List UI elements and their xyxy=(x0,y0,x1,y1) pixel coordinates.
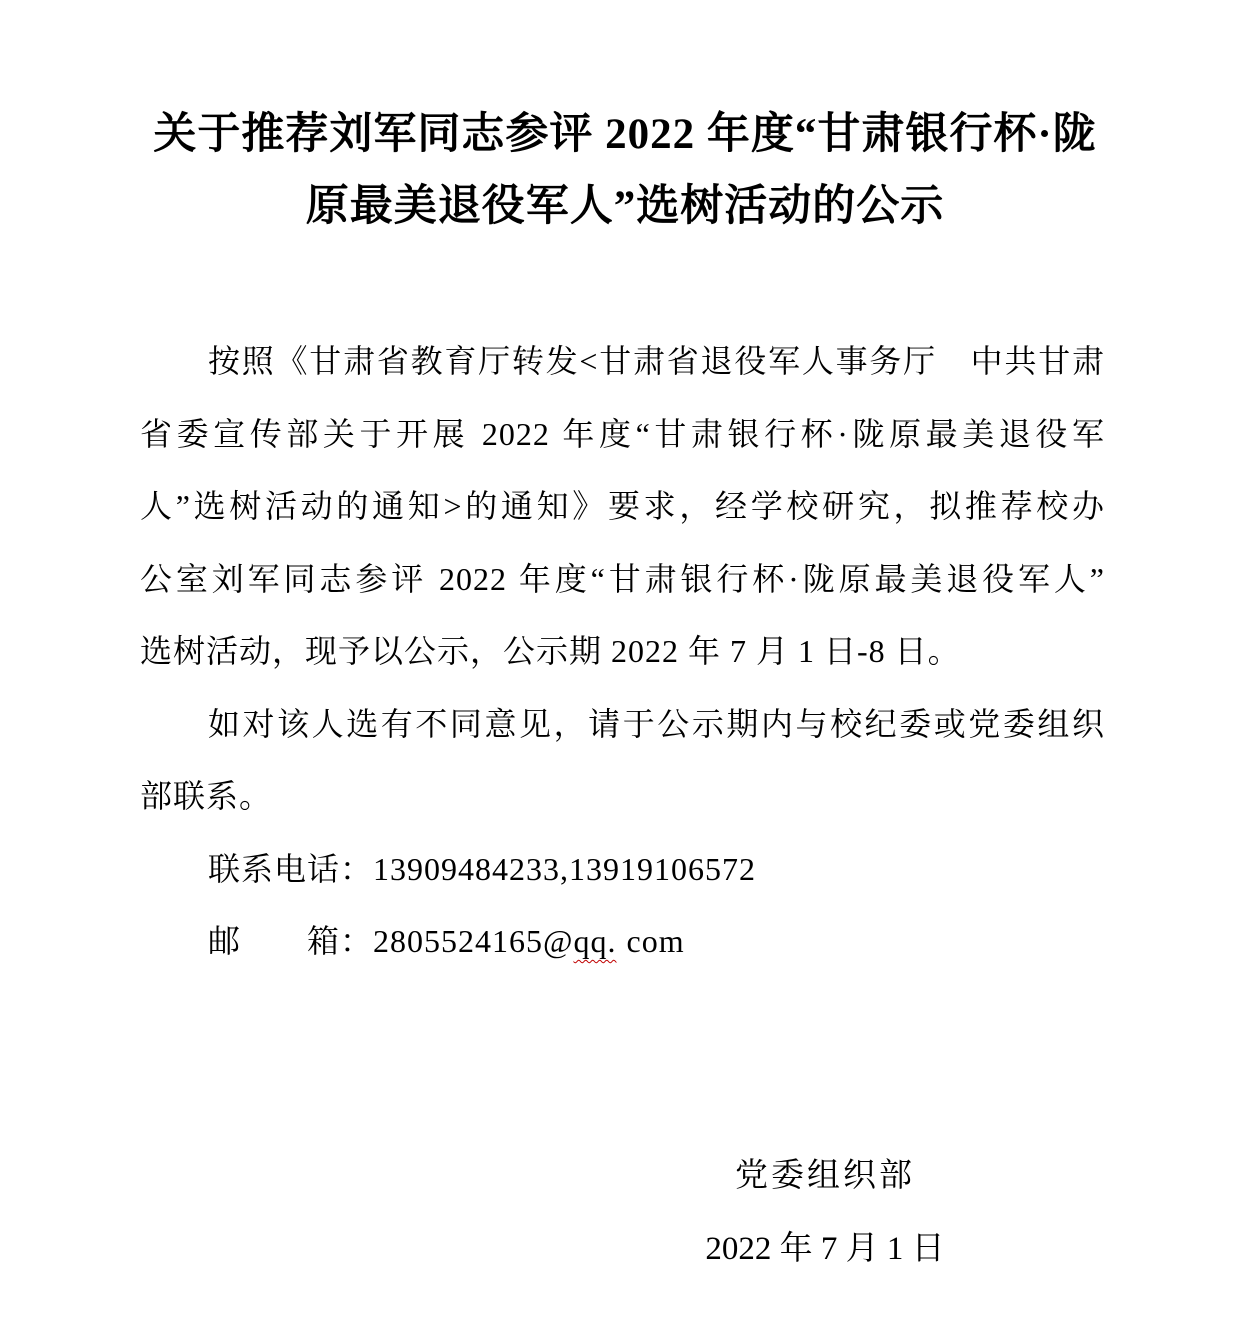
document-title: 关于推荐刘军同志参评 2022 年度“甘肃银行杯·陇 原最美退役军人”选树活动的… xyxy=(0,99,1250,243)
signature-org: 党委组织部 xyxy=(400,1140,1250,1213)
paragraph-2-line-2: 部联系。 xyxy=(140,760,1105,833)
paragraph-1-line-2: 省委宣传部关于开展 2022 年度“甘肃银行杯·陇原最美退役军 xyxy=(140,398,1105,471)
signature-block: 党委组织部 2022 年 7 月 1 日 xyxy=(400,1140,1250,1285)
signature-date: 2022 年 7 月 1 日 xyxy=(400,1213,1250,1286)
title-line-1: 关于推荐刘军同志参评 2022 年度“甘肃银行杯·陇 xyxy=(0,99,1250,171)
paragraph-1-line-3: 人”选树活动的通知>的通知》要求，经学校研究，拟推荐校办 xyxy=(140,470,1105,543)
phone-line: 联系电话：13909484233,13919106572 xyxy=(140,833,1105,906)
document-body: 按照《甘肃省教育厅转发<甘肃省退役军人事务厅 中共甘肃 省委宣传部关于开展 20… xyxy=(140,325,1105,978)
email-label: 邮 箱： xyxy=(208,923,373,959)
email-suffix: com xyxy=(626,923,684,959)
phone-label: 联系电话： xyxy=(208,851,373,887)
paragraph-2-line-1: 如对该人选有不同意见，请于公示期内与校纪委或党委组织 xyxy=(140,688,1105,761)
phone-value: 13909484233,13919106572 xyxy=(373,851,756,887)
document-page: 关于推荐刘军同志参评 2022 年度“甘肃银行杯·陇 原最美退役军人”选树活动的… xyxy=(0,0,1250,1324)
paragraph-1-line-5: 选树活动，现予以公示，公示期 2022 年 7 月 1 日-8 日。 xyxy=(140,615,1105,688)
paragraph-1-line-1: 按照《甘肃省教育厅转发<甘肃省退役军人事务厅 中共甘肃 xyxy=(140,325,1105,398)
title-line-2: 原最美退役军人”选树活动的公示 xyxy=(0,171,1250,243)
email-prefix: 2805524165@ xyxy=(373,923,573,959)
email-line: 邮 箱：2805524165@qq.com xyxy=(140,905,1105,978)
email-domain-spellcheck-underline: qq. xyxy=(573,923,616,959)
paragraph-1-line-4: 公室刘军同志参评 2022 年度“甘肃银行杯·陇原最美退役军人” xyxy=(140,543,1105,616)
